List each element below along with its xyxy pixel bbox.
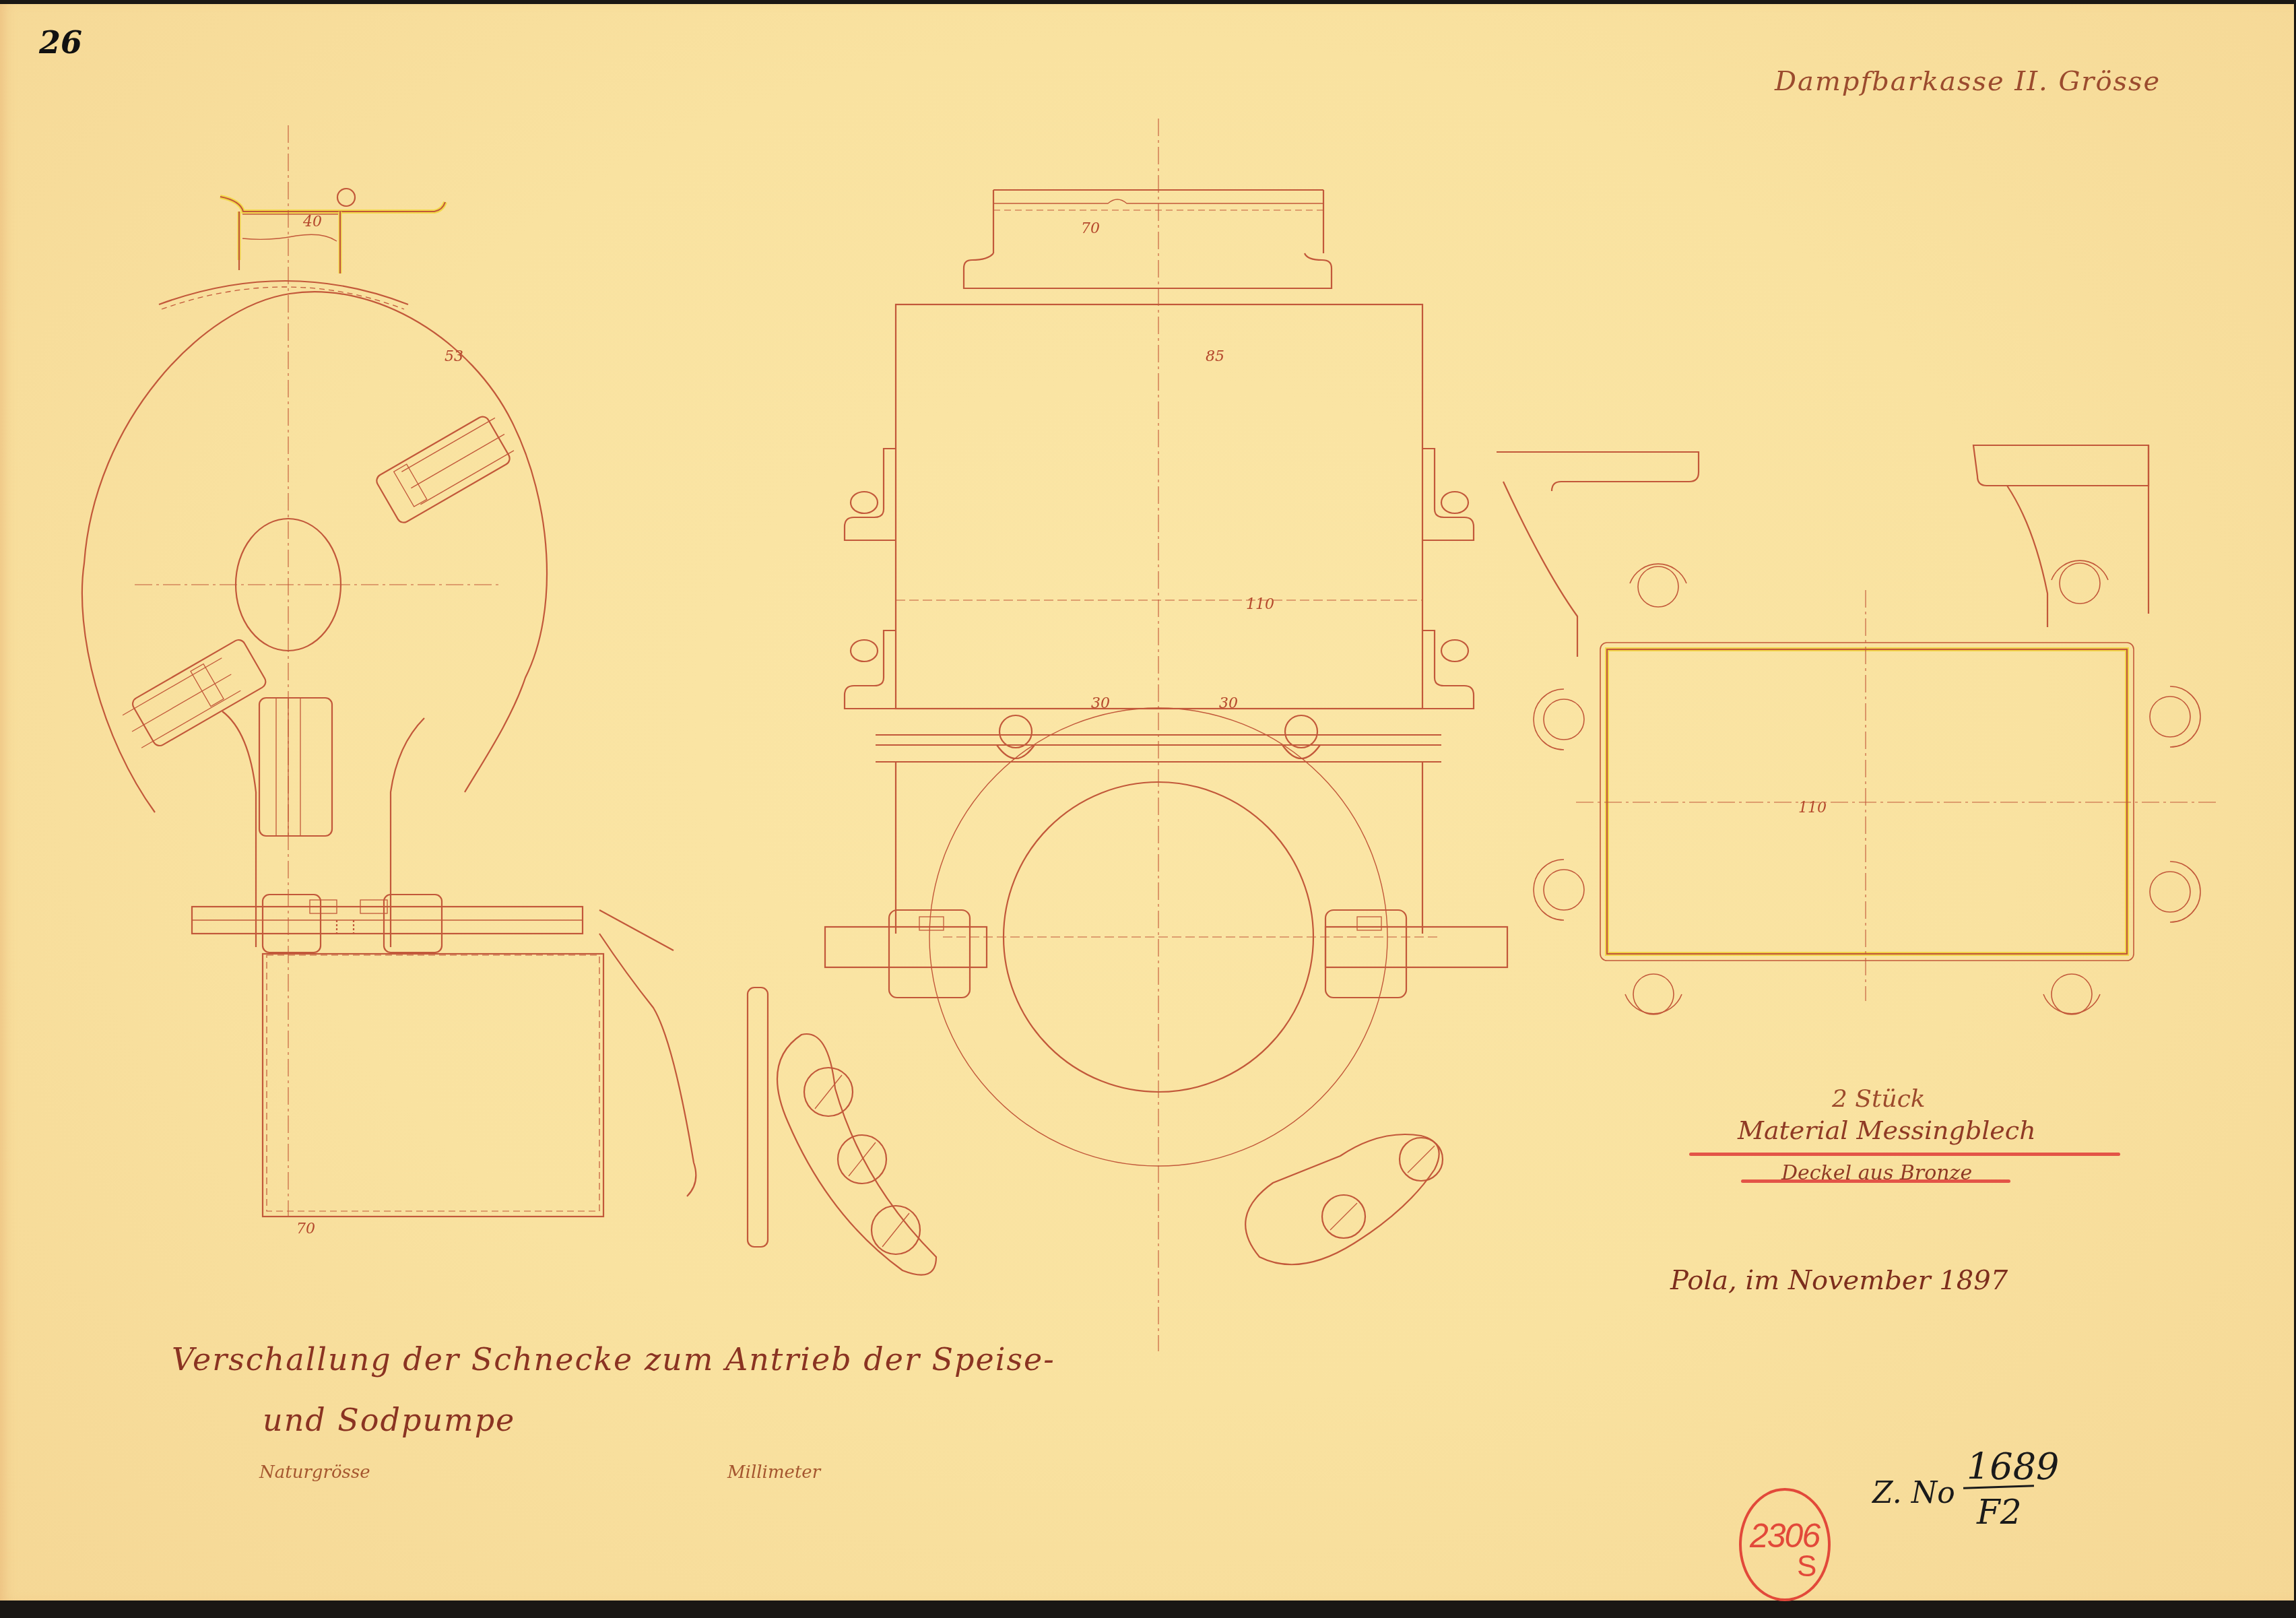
drawing-sheet: 26 Dampfbarkasse II. Grösse <box>0 4 2294 1600</box>
cover-underline <box>1741 1179 2010 1183</box>
svg-text:53: 53 <box>445 348 463 365</box>
front-section-view <box>82 125 768 1247</box>
scale-label: Naturgrösse <box>259 1462 370 1483</box>
drawing-caption-line1: Verschallung der Schnecke zum Antrieb de… <box>172 1341 1055 1378</box>
svg-text:110: 110 <box>1798 800 1827 816</box>
archive-stamp: 2306 S <box>1739 1488 1831 1601</box>
stamp-suffix: S <box>1797 1550 1816 1584</box>
reference-numerator: 1689 <box>1967 1446 2059 1488</box>
drawing-caption-line2: und Sodpumpe <box>263 1402 515 1438</box>
svg-text:70: 70 <box>296 1221 315 1237</box>
svg-text:70: 70 <box>1081 220 1100 237</box>
svg-text:40: 40 <box>302 214 322 230</box>
svg-text:30: 30 <box>1091 695 1110 712</box>
side-view <box>777 119 1507 1351</box>
unit-label: Millimeter <box>727 1462 820 1483</box>
material-underline <box>1689 1153 2120 1156</box>
material-note: Material Messingblech <box>1738 1115 2036 1145</box>
svg-text:85: 85 <box>1206 348 1224 365</box>
place-date: Pola, im November 1897 <box>1670 1265 2008 1296</box>
svg-text:30: 30 <box>1219 695 1238 712</box>
plan-view <box>1497 445 2216 1014</box>
quantity-note: 2 Stück <box>1832 1085 1926 1113</box>
reference-denominator: F2 <box>1977 1493 2022 1532</box>
reference-prefix: Z. No <box>1872 1476 1955 1510</box>
svg-text:110: 110 <box>1246 596 1274 613</box>
